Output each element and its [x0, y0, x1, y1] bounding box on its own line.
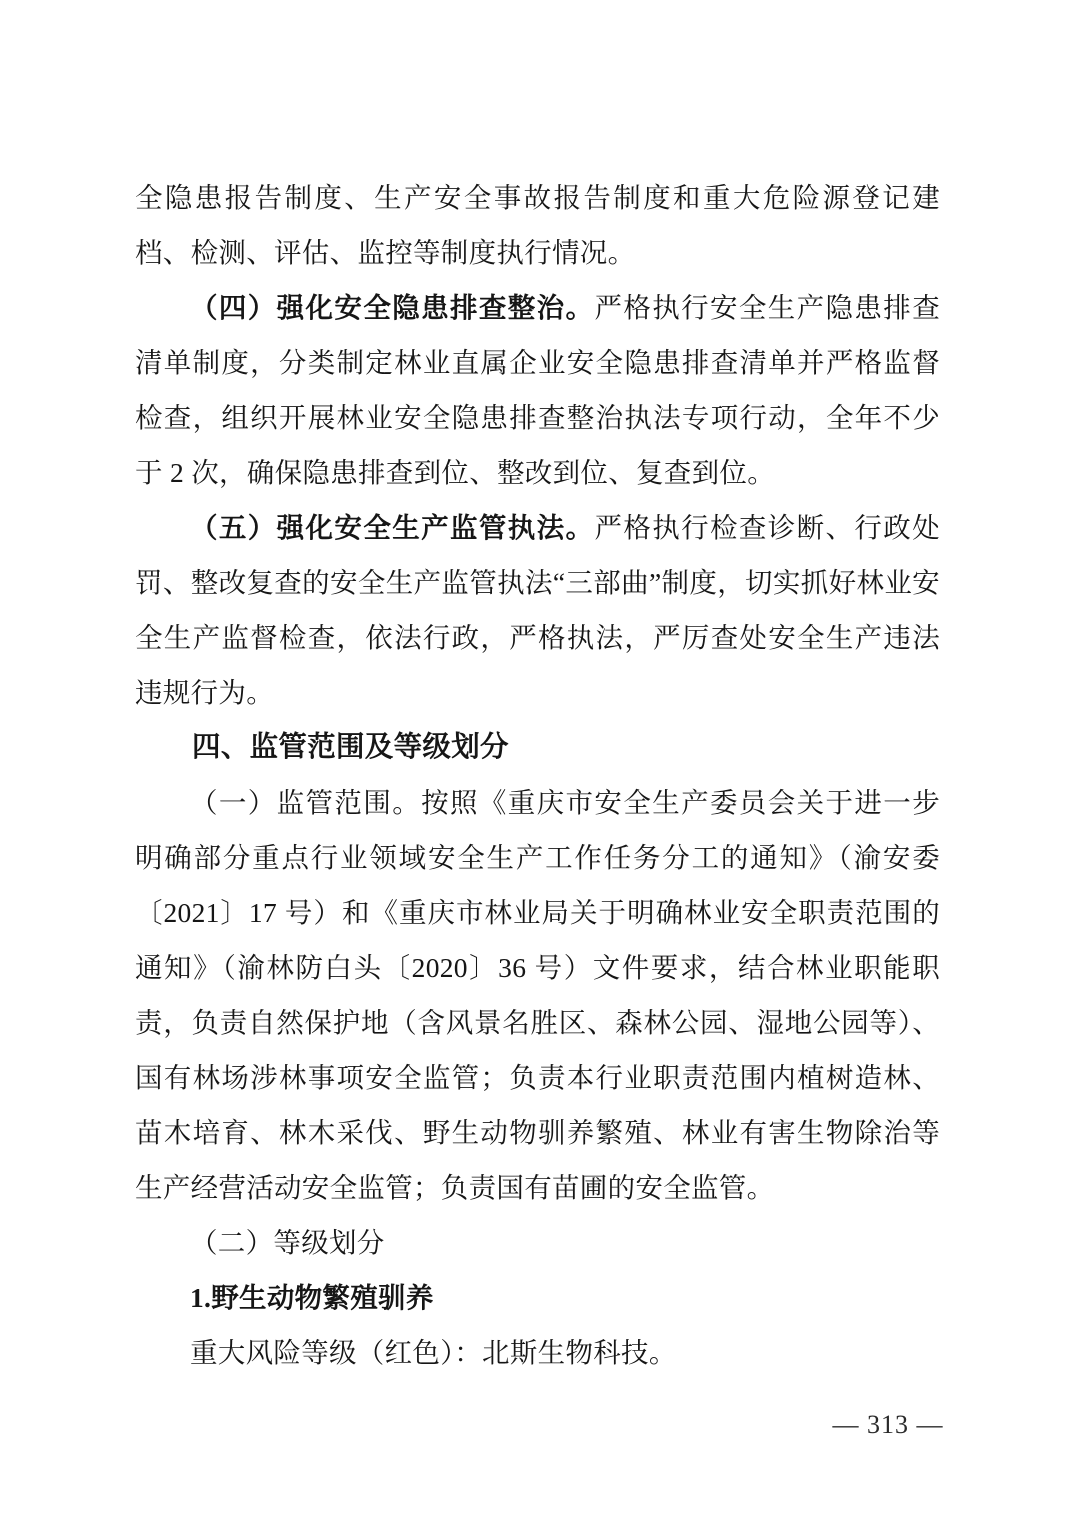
item5-subheading: （五）强化安全生产监管执法。 [190, 512, 594, 543]
document-page: 全隐患报告制度、生产安全事故报告制度和重大危险源登记建档、检测、评估、监控等制度… [0, 0, 1074, 1520]
risk-red-line: 重大风险等级（红色）：北斯生物科技。 [135, 1325, 940, 1380]
scope-body-text: 按照《重庆市安全生产委员会关于进一步明确部分重点行业领域安全生产工作任务分工的通… [135, 787, 940, 1203]
document-text-block: 全隐患报告制度、生产安全事故报告制度和重大危险源登记建档、检测、评估、监控等制度… [135, 170, 940, 1380]
continuation-paragraph-text: 全隐患报告制度、生产安全事故报告制度和重大危险源登记建档、检测、评估、监控等制度… [135, 182, 940, 268]
wildlife-subheading: 1.野生动物繁殖驯养 [135, 1270, 940, 1325]
continuation-paragraph: 全隐患报告制度、生产安全事故报告制度和重大危险源登记建档、检测、评估、监控等制度… [135, 170, 940, 280]
scope-subheading: （一）监管范围。 [190, 787, 421, 818]
paragraph-scope: （一）监管范围。按照《重庆市安全生产委员会关于进一步明确部分重点行业领域安全生产… [135, 775, 940, 1215]
paragraph-item4: （四）强化安全隐患排查整治。严格执行安全生产隐患排查清单制度，分类制定林业直属企… [135, 280, 940, 500]
item4-subheading: （四）强化安全隐患排查整治。 [190, 292, 594, 323]
grading-heading: （二）等级划分 [135, 1215, 940, 1270]
section4-heading: 四、监管范围及等级划分 [135, 720, 940, 775]
paragraph-item5: （五）强化安全生产监管执法。严格执行检查诊断、行政处罚、整改复查的安全生产监管执… [135, 500, 940, 720]
page-number: — 313 — [828, 1408, 948, 1442]
